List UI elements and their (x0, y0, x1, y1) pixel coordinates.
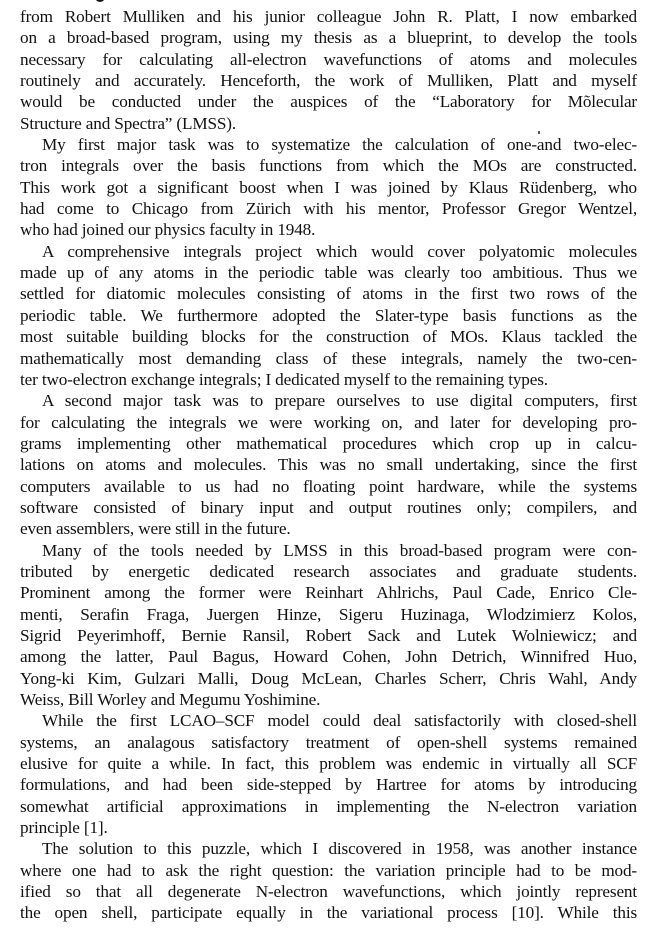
text-line: for calculating the integrals we were wo… (20, 412, 637, 433)
text-line: lations on atoms and molecules. This was… (20, 454, 637, 475)
text-line: most suitable building blocks for the co… (20, 326, 637, 347)
text-line: My first major task was to systematize t… (20, 134, 637, 155)
text-line: computers available to us had no floatin… (20, 476, 637, 497)
text-line: necessary for calculating all-electron w… (20, 49, 637, 70)
text-line: Yong-ki Kim, Gulzari Malli, Doug McLean,… (20, 668, 637, 689)
text-line: formulations, and had been side-stepped … (20, 774, 637, 795)
paragraph: A comprehensive integrals project which … (20, 241, 637, 390)
text-line: would be conducted under the auspices of… (20, 91, 637, 112)
cropped-glyph-fragment (95, 0, 105, 2)
text-line: even assemblers, were still in the futur… (20, 518, 637, 539)
text-line: This work got a significant boost when I… (20, 177, 637, 198)
text-line: on a broad-based program, using my thesi… (20, 27, 637, 48)
text-line: principle [1]. (20, 817, 637, 838)
text-line: Prominent among the former were Reinhart… (20, 582, 637, 603)
paragraph: While the first LCAO–SCF model could dea… (20, 710, 637, 838)
text-line: While the first LCAO–SCF model could dea… (20, 710, 637, 731)
text-line: software consisted of binary input and o… (20, 497, 637, 518)
text-line: Sigrid Peyerimhoff, Bernie Ransil, Rober… (20, 625, 637, 646)
text-line: settled for diatomic molecules consistin… (20, 283, 637, 304)
paragraph: The solution to this puzzle, which I dis… (20, 838, 637, 923)
text-line: grams implementing other mathematical pr… (20, 433, 637, 454)
text-line: who had joined our physics faculty in 19… (20, 219, 637, 240)
text-line: The solution to this puzzle, which I dis… (20, 838, 637, 859)
text-line: ified so that all degenerate N-electron … (20, 881, 637, 902)
text-line: from Robert Mulliken and his junior coll… (20, 6, 637, 27)
text-line: A comprehensive integrals project which … (20, 241, 637, 262)
text-line: among the latter, Paul Bagus, Howard Coh… (20, 646, 637, 667)
text-line: the open shell, participate equally in t… (20, 902, 637, 923)
text-line: routinely and accurately. Henceforth, th… (20, 70, 637, 91)
paragraph: My first major task was to systematize t… (20, 134, 637, 241)
paragraph: from Robert Mulliken and his junior coll… (20, 6, 637, 134)
text-line: had come to Chicago from Zürich with his… (20, 198, 637, 219)
document-page: from Robert Mulliken and his junior coll… (20, 6, 637, 924)
text-line: tributed by energetic dedicated research… (20, 561, 637, 582)
text-line: Structure and Spectra” (LMSS). (20, 113, 637, 134)
text-line: where one had to ask the right question:… (20, 860, 637, 881)
text-line: mathematically most demanding class of t… (20, 348, 637, 369)
text-line: systems, an analagous satisfactory treat… (20, 732, 637, 753)
text-line: periodic table. We furthermore adopted t… (20, 305, 637, 326)
text-line: tron integrals over the basis functions … (20, 155, 637, 176)
text-line: Many of the tools needed by LMSS in this… (20, 540, 637, 561)
paragraph: Many of the tools needed by LMSS in this… (20, 540, 637, 711)
text-line: menti, Serafin Fraga, Juergen Hinze, Sig… (20, 604, 637, 625)
text-line: A second major task was to prepare ourse… (20, 390, 637, 411)
text-line: made up of any atoms in the periodic tab… (20, 262, 637, 283)
text-line: elusive for quite a while. In fact, this… (20, 753, 637, 774)
paragraph: A second major task was to prepare ourse… (20, 390, 637, 539)
text-line: ter two-electron exchange integrals; I d… (20, 369, 637, 390)
text-line: somewhat artificial approximations in im… (20, 796, 637, 817)
text-line: Weiss, Bill Worley and Megumu Yoshimine. (20, 689, 637, 710)
